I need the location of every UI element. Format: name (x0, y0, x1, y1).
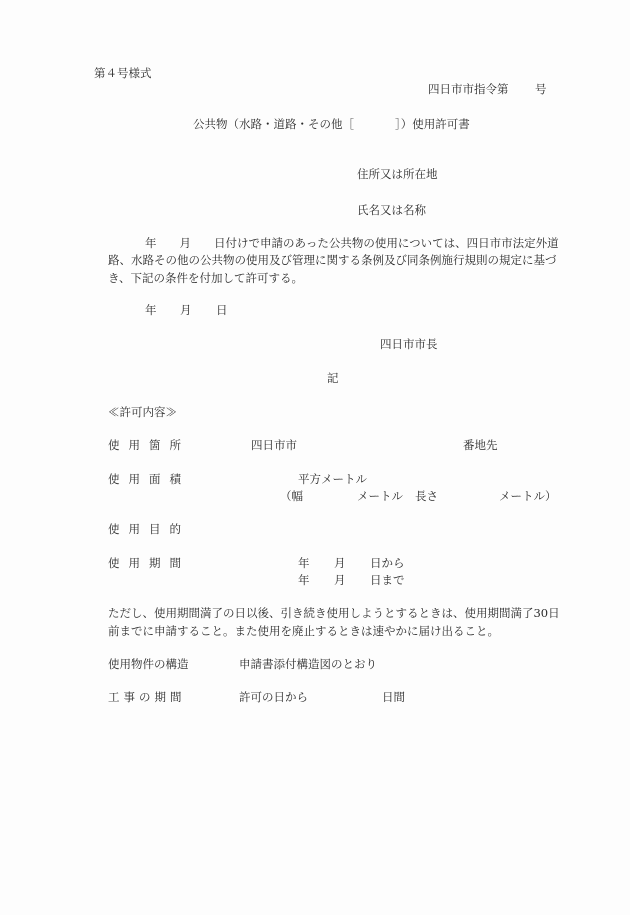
location-value-suffix: 番地先 (463, 438, 498, 452)
issue-date-year: 年 (145, 303, 157, 317)
note-line-2: 前までに申請すること。また使用を廃止するときは速やかに届け出ること。 (108, 624, 499, 638)
area-length-label: 長さ (415, 489, 438, 503)
body-line-2: 路、水路その他の公共物の使用及び管理に関する条例及び同条例施行規則の規定に基づ (108, 253, 557, 267)
area-unit: 平方メートル (298, 472, 367, 486)
area-length-unit: メートル） (499, 489, 557, 503)
period-label: 使用期間 (108, 556, 190, 570)
issue-date-day: 日 (216, 303, 228, 317)
applicant-name-label: 氏名又は名称 (357, 203, 426, 217)
issuer: 四日市市長 (380, 337, 438, 351)
purpose-label: 使用目的 (108, 522, 190, 536)
period-from-day: 日から (370, 556, 405, 570)
note-line-1: ただし、使用期間満了の日以後、引き続き使用しようとするときは、使用期間満了30日 (108, 606, 560, 620)
period-to-month: 月 (334, 573, 346, 587)
area-width-label: （幅 (280, 489, 303, 503)
issue-number-prefix: 四日市市指令第 (428, 82, 509, 96)
period-from-year: 年 (298, 556, 310, 570)
location-value-prefix: 四日市市 (251, 438, 297, 452)
applicant-address-label: 住所又は所在地 (357, 167, 438, 181)
area-label: 使用面積 (108, 472, 190, 486)
area-width-unit: メートル (357, 489, 403, 503)
construction-period-prefix: 許可の日から (239, 690, 308, 704)
body-line-3: き、下記の条件を付加して許可する。 (108, 271, 303, 285)
section-heading: ≪許可内容≫ (108, 405, 177, 419)
construction-period-suffix: 日間 (382, 690, 405, 704)
issue-number-suffix: 号 (535, 82, 547, 96)
structure-value: 申請書添付構造図のとおり (239, 657, 377, 671)
location-label: 使用箇所 (108, 438, 190, 452)
issue-date-month: 月 (180, 303, 192, 317)
form-number: 第４号様式 (94, 66, 152, 80)
document-title-prefix: 公共物（水路・道路・その他［ (193, 117, 354, 131)
structure-label: 使用物件の構造 (108, 657, 189, 671)
period-from-month: 月 (334, 556, 346, 570)
construction-period-label: 工事の期間 (108, 690, 186, 704)
ki-marker: 記 (327, 371, 339, 385)
document-title-suffix: ］）使用許可書 (395, 117, 470, 131)
period-to-day: 日まで (370, 573, 405, 587)
period-to-year: 年 (298, 573, 310, 587)
body-line-1: 年 月 日付けで申請のあった公共物の使用については、四日市市法定外道 (145, 236, 559, 250)
